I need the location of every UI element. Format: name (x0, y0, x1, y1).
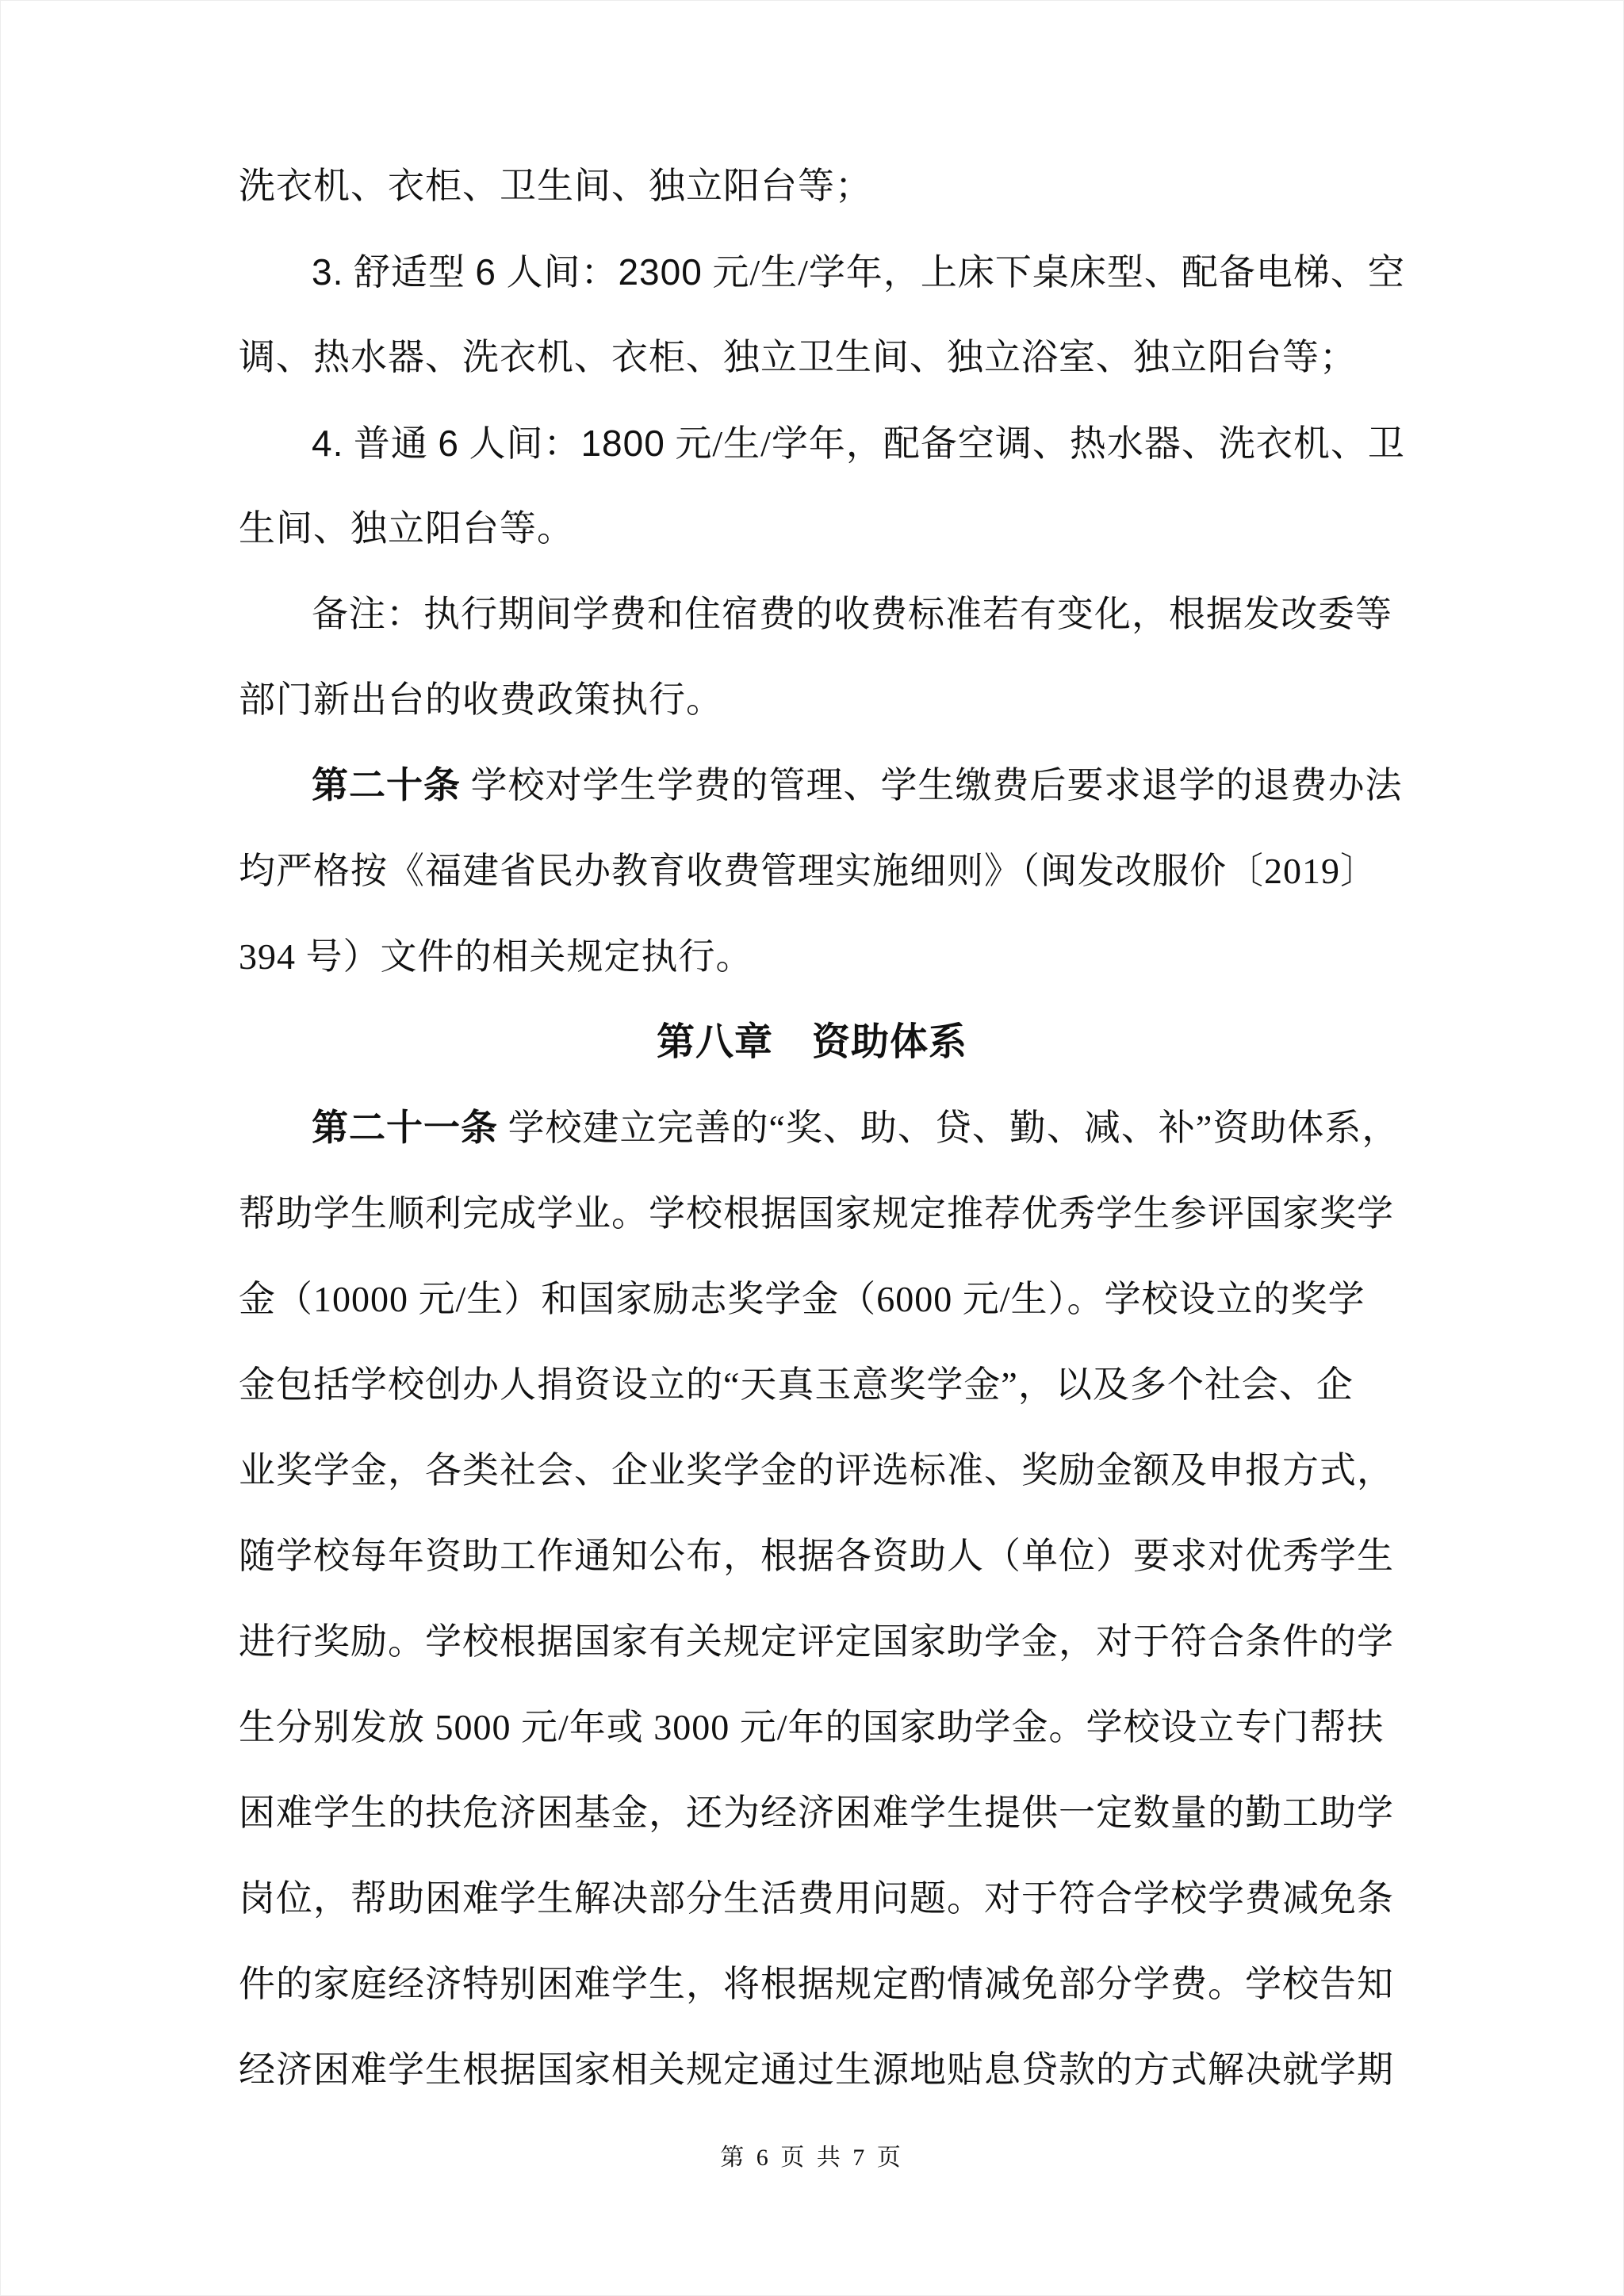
document-body: 洗衣机、衣柜、卫生间、独立阳台等；3. 舒适型 6 人间：2300 元/生/学年… (239, 143, 1385, 2113)
document-line: 金包括学校创办人捐资设立的“天真玉意奖学金”，以及多个社会、企 (239, 1342, 1385, 1428)
document-line: 4. 普通 6 人间：1800 元/生/学年，配备空调、热水器、洗衣机、卫 (239, 400, 1385, 486)
text-run: 生间、独立阳台等。 (239, 508, 574, 549)
document-line: 生分别发放 5000 元/年或 3000 元/年的国家助学金。学校设立专门帮扶 (239, 1685, 1385, 1770)
document-line: 经济困难学生根据国家相关规定通过生源地贴息贷款的方式解决就学期 (239, 2027, 1385, 2113)
text-run: 人间： (459, 423, 581, 464)
text-run: 第二十一条 (312, 1108, 498, 1148)
document-line: 洗衣机、衣柜、卫生间、独立阳台等； (239, 143, 1385, 229)
document-line: 第二十条 学校对学生学费的管理、学生缴费后要求退学的退费办法 (239, 743, 1385, 828)
document-line: 金（10000 元/生）和国家励志奖学金（6000 元/生）。学校设立的奖学 (239, 1257, 1385, 1342)
text-run: 4. (312, 423, 343, 464)
text-run: 学校建立完善的“奖、助、贷、勤、减、补”资助体系， (498, 1108, 1399, 1148)
text-run: 经济困难学生根据国家相关规定通过生源地贴息贷款的方式解决就学期 (239, 2049, 1394, 2090)
text-run: 洗衣机、衣柜、卫生间、独立阳台等； (239, 166, 872, 206)
text-run: 6 (475, 251, 496, 293)
document-line: 进行奖励。学校根据国家有关规定评定国家助学金，对于符合条件的学 (239, 1599, 1385, 1685)
document-line: 生间、独立阳台等。 (239, 486, 1385, 572)
document-line: 调、热水器、洗衣机、衣柜、独立卫生间、独立浴室、独立阳台等； (239, 315, 1385, 400)
text-run: 元/生/学年，上床下桌床型、配备电梯、空 (703, 252, 1405, 293)
text-run: 调、热水器、洗衣机、衣柜、独立卫生间、独立浴室、独立阳台等； (239, 337, 1357, 377)
document-line: 困难学生的扶危济困基金，还为经济困难学生提供一定数量的勤工助学 (239, 1770, 1385, 1856)
document-line: 第二十一条 学校建立完善的“奖、助、贷、勤、减、补”资助体系， (239, 1085, 1385, 1171)
document-line: 帮助学生顺利完成学业。学校根据国家规定推荐优秀学生参评国家奖学 (239, 1171, 1385, 1257)
document-line: 部门新出台的收费政策执行。 (239, 657, 1385, 743)
page-footer: 第 6 页 共 7 页 (1, 2137, 1623, 2172)
text-run: 件的家庭经济特别困难学生，将根据规定酌情减免部分学费。学校告知 (239, 1964, 1394, 2004)
document-page: 洗衣机、衣柜、卫生间、独立阳台等；3. 舒适型 6 人间：2300 元/生/学年… (0, 0, 1624, 2296)
text-run: 部门新出台的收费政策执行。 (239, 679, 723, 720)
text-run: 394 号）文件的相关规定执行。 (239, 936, 753, 977)
text-run: 备注：执行期间学费和住宿费的收费标准若有变化，根据发改委等 (312, 594, 1392, 634)
page-number-text: 第 6 页 共 7 页 (720, 2145, 904, 2171)
document-line: 均严格按《福建省民办教育收费管理实施细则》（闽发改服价〔2019〕 (239, 828, 1385, 914)
document-line: 岗位，帮助困难学生解决部分生活费用问题。对于符合学校学费减免条 (239, 1856, 1385, 1942)
document-line: 件的家庭经济特别困难学生，将根据规定酌情减免部分学费。学校告知 (239, 1942, 1385, 2027)
document-line: 3. 舒适型 6 人间：2300 元/生/学年，上床下桌床型、配备电梯、空 (239, 229, 1385, 315)
text-run: 生分别发放 5000 元/年或 3000 元/年的国家助学金。学校设立专门帮扶 (239, 1707, 1385, 1747)
text-run: 普通 (343, 423, 438, 464)
text-run: 帮助学生顺利完成学业。学校根据国家规定推荐优秀学生参评国家奖学 (239, 1193, 1394, 1234)
chapter-heading: 第八章 资助体系 (239, 1000, 1385, 1085)
text-run: 3. (312, 251, 343, 293)
text-run: 1800 (580, 423, 665, 464)
text-run: 6 (438, 423, 459, 464)
text-run: 人间： (496, 252, 619, 293)
text-run: 困难学生的扶危济困基金，还为经济困难学生提供一定数量的勤工助学 (239, 1793, 1394, 1833)
text-run: 均严格按《福建省民办教育收费管理实施细则》（闽发改服价〔2019〕 (239, 851, 1377, 891)
text-run: 舒适型 (343, 252, 475, 293)
text-run: 2300 (618, 251, 702, 293)
document-line: 随学校每年资助工作通知公布，根据各资助人（单位）要求对优秀学生 (239, 1513, 1385, 1599)
text-run: 业奖学金，各类社会、企业奖学金的评选标准、奖励金额及申报方式， (239, 1450, 1394, 1490)
text-run: 进行奖励。学校根据国家有关规定评定国家助学金，对于符合条件的学 (239, 1621, 1394, 1662)
text-run: 第八章 资助体系 (657, 1021, 967, 1063)
text-run: 第二十条 (312, 765, 461, 806)
text-run: 岗位，帮助困难学生解决部分生活费用问题。对于符合学校学费减免条 (239, 1878, 1394, 1919)
text-run: 金包括学校创办人捐资设立的“天真玉意奖学金”，以及多个社会、企 (239, 1364, 1354, 1405)
text-run: 学校对学生学费的管理、学生缴费后要求退学的退费办法 (461, 765, 1403, 806)
text-run: 元/生/学年，配备空调、热水器、洗衣机、卫 (665, 423, 1405, 464)
text-run: 随学校每年资助工作通知公布，根据各资助人（单位）要求对优秀学生 (239, 1536, 1394, 1576)
document-line: 备注：执行期间学费和住宿费的收费标准若有变化，根据发改委等 (239, 572, 1385, 657)
document-line: 394 号）文件的相关规定执行。 (239, 914, 1385, 1000)
document-line: 业奖学金，各类社会、企业奖学金的评选标准、奖励金额及申报方式， (239, 1428, 1385, 1513)
text-run: 金（10000 元/生）和国家励志奖学金（6000 元/生）。学校设立的奖学 (239, 1279, 1365, 1319)
